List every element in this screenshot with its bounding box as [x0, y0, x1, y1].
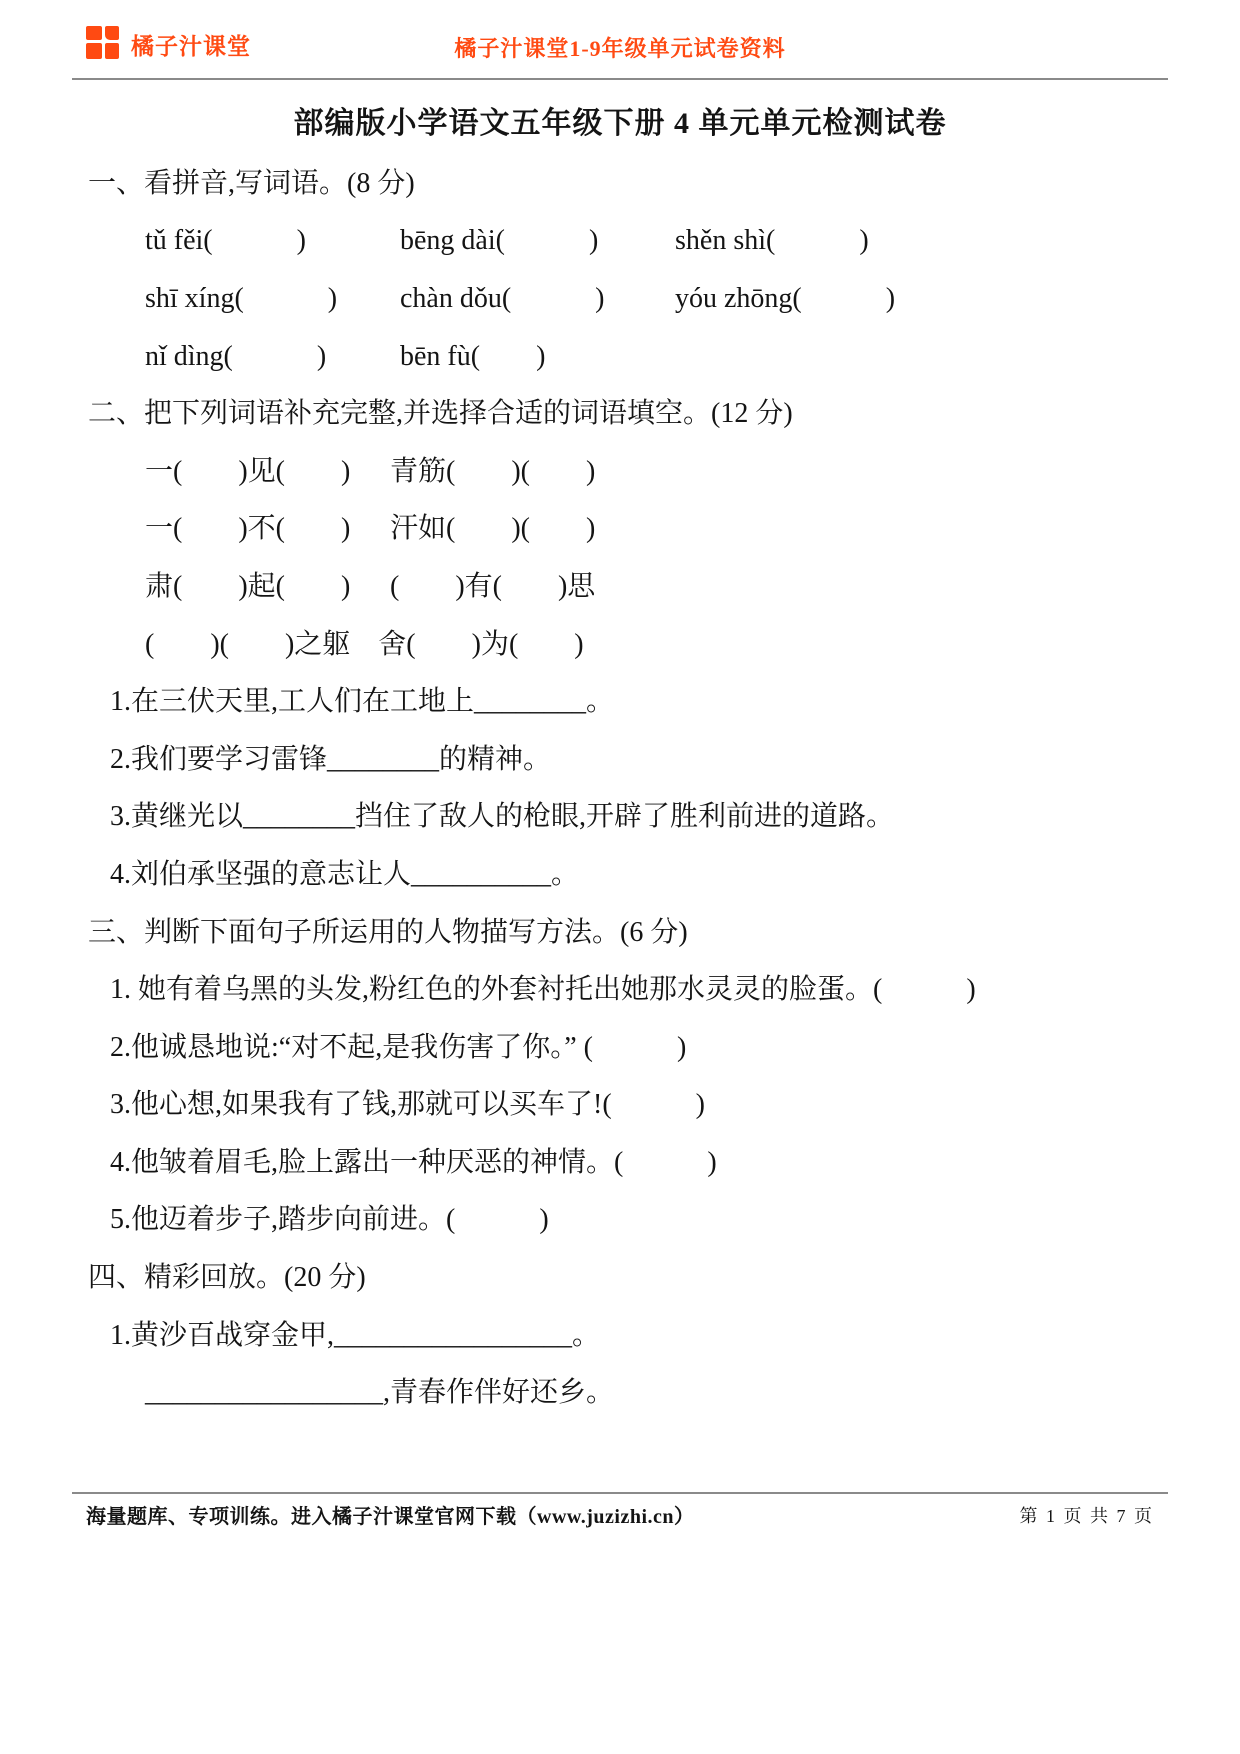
page-title: 部编版小学语文五年级下册 4 单元单元检测试卷: [0, 98, 1240, 142]
word-blank-item: 一( )见( ): [145, 449, 390, 489]
page-header: 橘子汁课堂 橘子汁课堂1-9年级单元试卷资料: [0, 26, 1240, 72]
pinyin-row: nǐ dìng( ) bēn fù( ): [88, 325, 1174, 383]
pinyin-item: nǐ dìng( ): [145, 334, 400, 374]
section-4-heading: 四、精彩回放。(20 分): [88, 1246, 1174, 1304]
sentence-line: 1.在三伏天里,工人们在工地上________。: [88, 670, 1174, 728]
judge-item: 3.他心想,如果我有了钱,那就可以买车了!( ): [88, 1074, 1174, 1132]
word-blank-row: 一( )不( ) 汗如( )( ): [88, 498, 1174, 556]
pinyin-item: shěn shì( ): [675, 218, 869, 258]
section-1-heading: 一、看拼音,写词语。(8 分): [88, 152, 1174, 210]
judge-item: 4.他皱着眉毛,脸上露出一种厌恶的神情。( ): [88, 1131, 1174, 1189]
pinyin-row: shī xíng( ) chàn dǒu( ) yóu zhōng( ): [88, 267, 1174, 325]
sentence-line: 2.我们要学习雷锋________的精神。: [88, 728, 1174, 786]
word-blank-item: 青筋( )( ): [390, 449, 595, 489]
word-blank-item: 肃( )起( ): [145, 564, 390, 604]
exam-content: 一、看拼音,写词语。(8 分) tǔ fěi( ) bēng dài( ) sh…: [88, 152, 1174, 1419]
pinyin-item: bēng dài( ): [400, 218, 675, 258]
footer-divider: [72, 1492, 1168, 1494]
word-blank-item: ( )( )之躯 舍( )为( ): [145, 622, 584, 662]
header-divider: [72, 78, 1168, 80]
section-2-heading: 二、把下列词语补充完整,并选择合适的词语填空。(12 分): [88, 382, 1174, 440]
sentence-line: 4.刘伯承坚强的意志让人__________。: [88, 843, 1174, 901]
word-blank-row: ( )( )之躯 舍( )为( ): [88, 613, 1174, 671]
footer-page-number: 第 1 页 共 7 页: [1020, 1502, 1155, 1528]
recall-line: _________________,青春作伴好还乡。: [88, 1361, 1174, 1419]
judge-item: 1. 她有着乌黑的头发,粉红色的外套衬托出她那水灵灵的脸蛋。( ): [88, 958, 1174, 1016]
section-3-heading: 三、判断下面句子所运用的人物描写方法。(6 分): [88, 901, 1174, 959]
pinyin-item: tǔ fěi( ): [145, 218, 400, 258]
recall-line: 1.黄沙百战穿金甲,_________________。: [88, 1304, 1174, 1362]
word-blank-item: 汗如( )( ): [390, 506, 595, 546]
sentence-line: 3.黄继光以________挡住了敌人的枪眼,开辟了胜利前进的道路。: [88, 786, 1174, 844]
page-footer: 海量题库、专项训练。进入橘子汁课堂官网下载（www.juzizhi.cn） 第 …: [86, 1500, 1154, 1529]
judge-item: 2.他诚恳地说:“对不起,是我伤害了你。” ( ): [88, 1016, 1174, 1074]
word-blank-row: 肃( )起( ) ( )有( )思: [88, 555, 1174, 613]
judge-item: 5.他迈着步子,踏步向前进。( ): [88, 1189, 1174, 1247]
pinyin-item: chàn dǒu( ): [400, 276, 675, 316]
pinyin-item: bēn fù( ): [400, 334, 545, 374]
pinyin-item: shī xíng( ): [145, 276, 400, 316]
pinyin-item: yóu zhōng( ): [675, 276, 895, 316]
pinyin-row: tǔ fěi( ) bēng dài( ) shěn shì( ): [88, 210, 1174, 268]
word-blank-row: 一( )见( ) 青筋( )( ): [88, 440, 1174, 498]
exam-paper-page: 橘子汁课堂 橘子汁课堂1-9年级单元试卷资料 部编版小学语文五年级下册 4 单元…: [0, 0, 1240, 1754]
word-blank-item: 一( )不( ): [145, 506, 390, 546]
footer-promo-text: 海量题库、专项训练。进入橘子汁课堂官网下载（www.juzizhi.cn）: [86, 1500, 695, 1529]
header-banner-title: 橘子汁课堂1-9年级单元试卷资料: [0, 32, 1240, 63]
word-blank-item: ( )有( )思: [390, 564, 595, 604]
